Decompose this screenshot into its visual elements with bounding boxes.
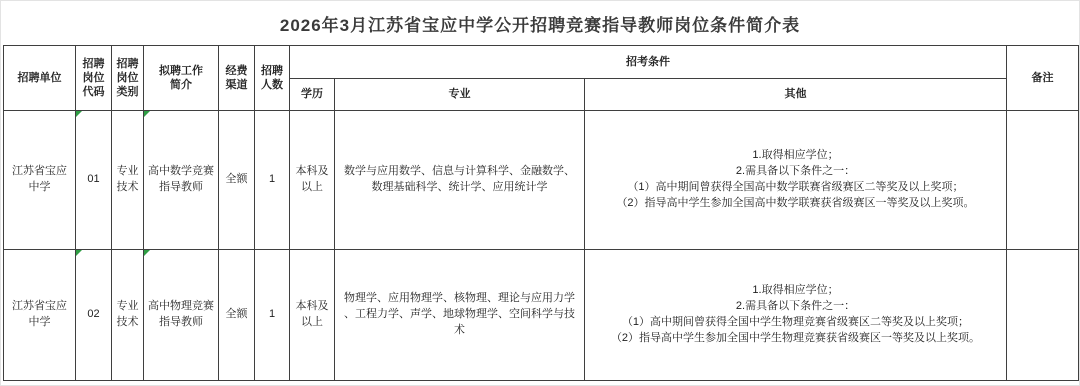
cell-code: 01 bbox=[76, 111, 112, 250]
cell-unit: 江苏省宝应 中学 bbox=[4, 250, 76, 381]
cell-code-text: 01 bbox=[87, 173, 99, 185]
header-code: 招聘 岗位 代码 bbox=[76, 46, 112, 111]
header-education: 学历 bbox=[290, 79, 335, 111]
cell-unit: 江苏省宝应 中学 bbox=[4, 111, 76, 250]
cell-remarks bbox=[1007, 111, 1079, 250]
header-headcount: 招聘 人数 bbox=[255, 46, 290, 111]
table-row: 江苏省宝应 中学 01 专业 技术 高中数学竞赛 指导教师 全额 1 本科及 以… bbox=[4, 111, 1079, 250]
table-row: 江苏省宝应 中学 02 专业 技术 高中物理竞赛 指导教师 全额 1 本科及 以… bbox=[4, 250, 1079, 381]
cell-job-intro-text: 高中物理竞赛 指导教师 bbox=[148, 300, 214, 328]
recruitment-table: 招聘单位 招聘 岗位 代码 招聘 岗位 类别 拟聘工作 简介 经费 渠道 招聘 … bbox=[3, 45, 1079, 381]
header-unit: 招聘单位 bbox=[4, 46, 76, 111]
page-title: 2026年3月江苏省宝应中学公开招聘竞赛指导教师岗位条件简介表 bbox=[280, 11, 800, 36]
cell-other: 1.取得相应学位； 2.需具备以下条件之一： （1）高中期间曾获得全国中学生物理… bbox=[585, 250, 1007, 381]
cell-flag-icon bbox=[76, 111, 82, 117]
cell-job-intro: 高中物理竞赛 指导教师 bbox=[144, 250, 219, 381]
cell-remarks bbox=[1007, 250, 1079, 381]
cell-headcount: 1 bbox=[255, 111, 290, 250]
header-major: 专业 bbox=[335, 79, 585, 111]
recruitment-table-page: 2026年3月江苏省宝应中学公开招聘竞赛指导教师岗位条件简介表 招聘单位 招聘 … bbox=[0, 0, 1080, 386]
cell-job-intro-text: 高中数学竞赛 指导教师 bbox=[148, 165, 214, 193]
header-row-top: 招聘单位 招聘 岗位 代码 招聘 岗位 类别 拟聘工作 简介 经费 渠道 招聘 … bbox=[4, 46, 1079, 79]
header-other: 其他 bbox=[585, 79, 1007, 111]
header-conditions: 招考条件 bbox=[290, 46, 1007, 79]
cell-category: 专业 技术 bbox=[112, 111, 144, 250]
cell-flag-icon bbox=[76, 250, 82, 256]
header-remarks: 备注 bbox=[1007, 46, 1079, 111]
header-job-intro: 拟聘工作 简介 bbox=[144, 46, 219, 111]
cell-funding: 全额 bbox=[219, 111, 255, 250]
cell-flag-icon bbox=[144, 250, 150, 256]
title-bar: 2026年3月江苏省宝应中学公开招聘竞赛指导教师岗位条件简介表 bbox=[1, 1, 1079, 45]
cell-education: 本科及 以上 bbox=[290, 111, 335, 250]
cell-funding: 全额 bbox=[219, 250, 255, 381]
cell-code-text: 02 bbox=[87, 308, 99, 320]
cell-other: 1.取得相应学位； 2.需具备以下条件之一： （1）高中期间曾获得全国高中数学联… bbox=[585, 111, 1007, 250]
cell-headcount: 1 bbox=[255, 250, 290, 381]
cell-major: 物理学、应用物理学、核物理、理论与应用力学 、工程力学、声学、地球物理学、空间科… bbox=[335, 250, 585, 381]
cell-major: 数学与应用数学、信息与计算科学、金融数学、 数理基础科学、统计学、应用统计学 bbox=[335, 111, 585, 250]
cell-code: 02 bbox=[76, 250, 112, 381]
header-category: 招聘 岗位 类别 bbox=[112, 46, 144, 111]
header-funding: 经费 渠道 bbox=[219, 46, 255, 111]
cell-category: 专业 技术 bbox=[112, 250, 144, 381]
cell-flag-icon bbox=[144, 111, 150, 117]
cell-education: 本科及 以上 bbox=[290, 250, 335, 381]
cell-job-intro: 高中数学竞赛 指导教师 bbox=[144, 111, 219, 250]
